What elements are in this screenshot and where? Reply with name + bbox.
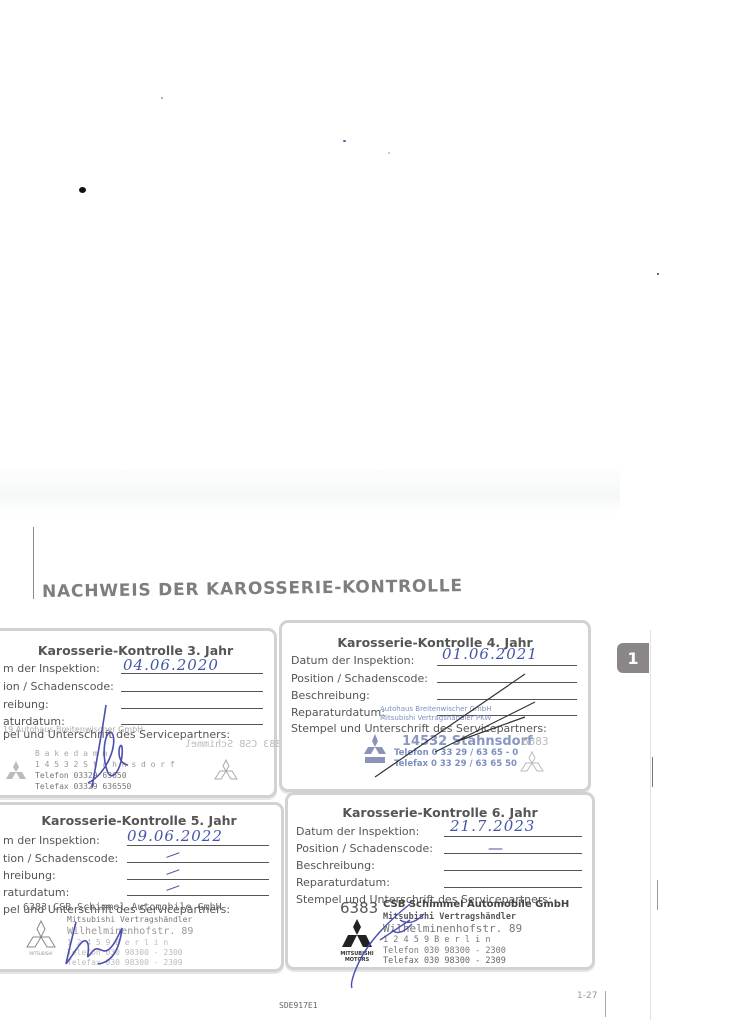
scan-speck [79,187,86,193]
margin-rule [33,527,34,599]
inspection-date-value: 04.06.2020 [123,656,219,674]
label-repair-date: Reparaturdatum: [296,876,390,889]
svg-text:MITSUBISHI: MITSUBISHI [29,951,52,956]
page-edge-mark [652,757,653,787]
field-line [127,862,269,863]
stamp-faint: 6383 CSB Schimmel [185,739,287,750]
page-number-rule [605,991,606,1017]
inspection-date-value: 01.06.2021 [442,645,538,663]
field-line [444,870,582,871]
mitsubishi-logo-icon: MITSUBISHI [25,919,57,959]
label-repair-date: raturdatum: [3,886,69,899]
position-value: — [488,839,504,857]
scan-speck [343,140,346,142]
card-heading: Karosserie-Kontrolle 4. Jahr [282,635,588,650]
label-inspection-date: m der Inspektion: [3,834,100,847]
page-edge-mark [657,880,658,910]
label-inspection-date: m der Inspektion: [3,662,100,675]
signature-scribble [340,900,450,990]
field-line [127,879,269,880]
label-description: Beschreibung: [291,689,370,702]
scan-speck [161,97,163,99]
scan-speck [388,152,390,154]
chapter-tab: 1 [617,643,649,673]
field-line [437,665,577,666]
field-line [121,691,263,692]
field-line [127,895,269,896]
label-inspection-date: Datum der Inspektion: [296,825,419,838]
label-position: ion / Schadenscode: [3,680,114,693]
mitsubishi-logo-icon [5,759,27,785]
card-heading: Karosserie-Kontrolle 5. Jahr [0,813,281,828]
field-line [444,836,582,837]
card-year-3: Karosserie-Kontrolle 3. Jahr m der Inspe… [0,628,277,798]
inspection-date-value: 09.06.2022 [127,827,223,845]
scan-speck [657,273,659,275]
page-edge [650,630,651,1020]
label-inspection-date: Datum der Inspektion: [291,654,414,667]
label-description: reibung: [3,698,49,711]
label-description: Beschreibung: [296,859,375,872]
signature-scribble [78,703,138,793]
inspection-date-value: 21.7.2023 [450,817,535,835]
field-line [444,887,582,888]
card-year-5: Karosserie-Kontrolle 5. Jahr m der Inspe… [0,802,284,972]
field-line [444,853,582,854]
signature-strike [365,672,565,782]
label-position: tion / Schadenscode: [3,852,118,865]
label-description: hreibung: [3,869,56,882]
stamp-line: 6383 CSB Schimmel Automobile GmbH [23,902,222,913]
signature-scribble [62,918,132,968]
mitsubishi-logo-icon [211,759,241,785]
document-code: SDE917E1 [279,1001,318,1010]
scan-shadow [0,470,620,515]
page-number: 1-27 [577,991,597,1001]
field-line [127,845,269,846]
field-line [121,708,263,709]
card-heading: Karosserie-Kontrolle 6. Jahr [288,805,592,820]
label-position: Position / Schadenscode: [296,842,433,855]
